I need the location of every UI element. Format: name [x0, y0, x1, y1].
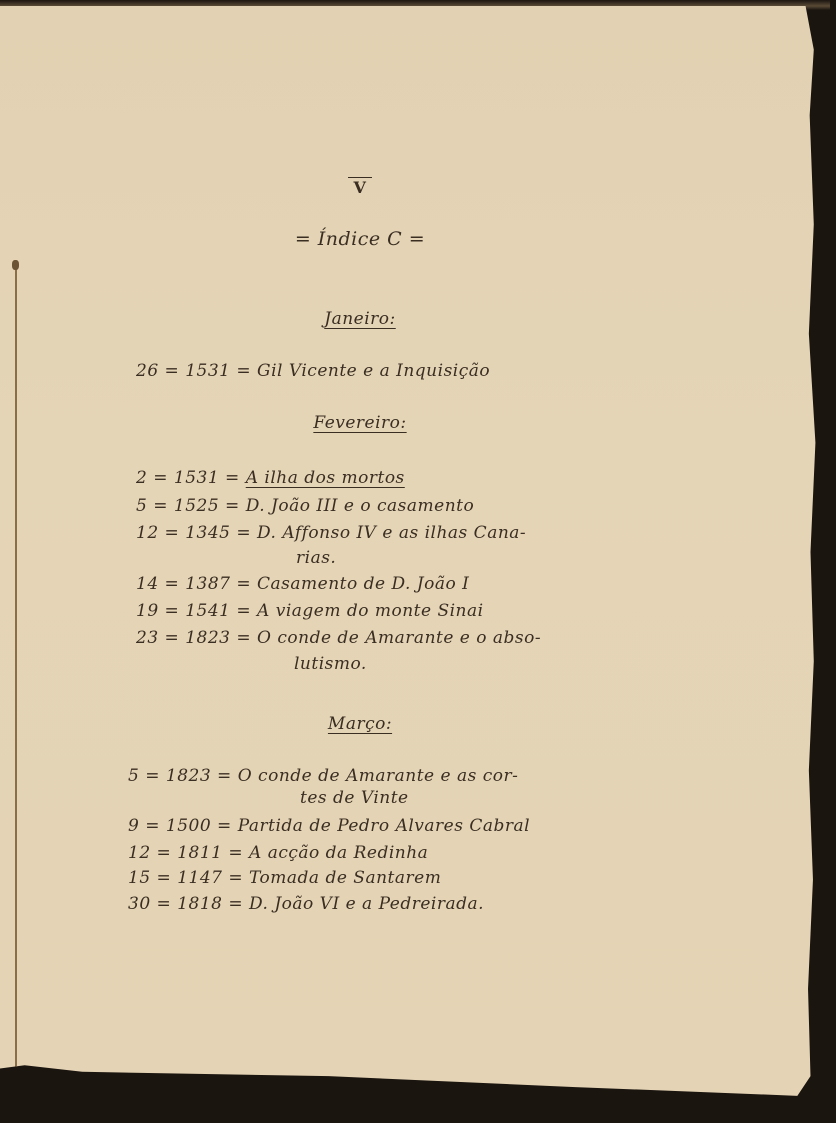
entry-continuation: rias. — [296, 548, 336, 568]
entry-row: 23 = 1823 = O conde de Amarante e o abso… — [136, 628, 541, 648]
entry-row: 19 = 1541 = A viagem do monte Sinai — [136, 601, 484, 621]
entry-continuation: tes de Vinte — [300, 788, 409, 808]
entry-continuation: lutismo. — [294, 654, 367, 674]
month-heading-marco: Março: — [0, 714, 720, 734]
entry-row: 14 = 1387 = Casamento de D. João I — [136, 574, 469, 594]
entry-row: 26 = 1531 = Gil Vicente e a Inquisição — [136, 361, 490, 381]
entry-row: 9 = 1500 = Partida de Pedro Alvares Cabr… — [128, 816, 530, 836]
entry-row: 5 = 1823 = O conde de Amarante e as cor- — [128, 766, 518, 786]
entry-row: 12 = 1345 = D. Affonso IV e as ilhas Can… — [136, 523, 526, 543]
page-fold-line — [15, 268, 17, 1098]
entry-row: 12 = 1811 = A acção da Redinha — [128, 843, 428, 863]
month-heading-fevereiro: Fevereiro: — [0, 413, 720, 433]
section-number: V — [0, 178, 720, 198]
entry-row: 2 = 1531 = A ilha dos mortos — [136, 468, 405, 488]
page-title: = Índice C = — [0, 228, 720, 250]
month-heading-janeiro: Janeiro: — [0, 309, 720, 329]
entry-row: 5 = 1525 = D. João III e o casamento — [136, 496, 474, 516]
manuscript-page: V = Índice C = Janeiro: 26 = 1531 = Gil … — [0, 6, 822, 1098]
entry-row: 15 = 1147 = Tomada de Santarem — [128, 868, 441, 888]
entry-row: 30 = 1818 = D. João VI e a Pedreirada. — [128, 894, 484, 914]
